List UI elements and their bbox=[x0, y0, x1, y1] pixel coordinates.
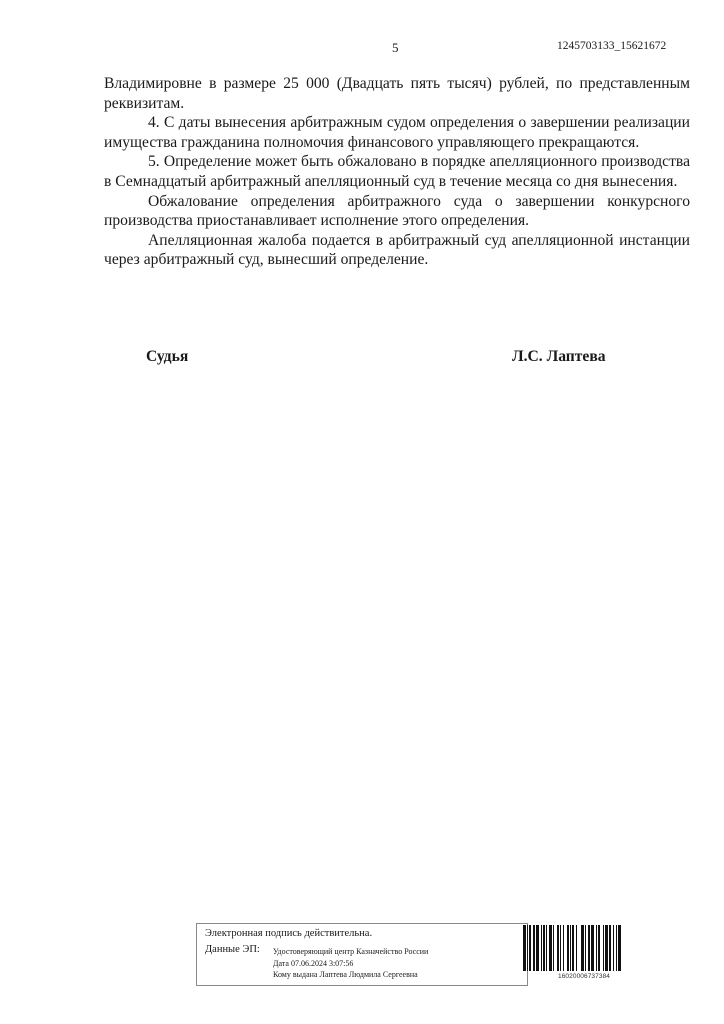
paragraph-item-4: 4. С даты вынесения арбитражным судом оп… bbox=[104, 113, 690, 152]
paragraph-appeal-filing: Апелляционная жалоба подается в арбитраж… bbox=[104, 231, 690, 270]
barcode-number: 16020006737384 bbox=[558, 973, 610, 980]
paragraph-1: Владимировне в размере 25 000 (Двадцать … bbox=[104, 74, 690, 113]
signature-role: Судья bbox=[146, 348, 188, 366]
esign-date: Дата 07.06.2024 3:07:56 bbox=[273, 958, 428, 970]
document-id: 1245703133_15621672 bbox=[557, 40, 666, 52]
document-body: Владимировне в размере 25 000 (Двадцать … bbox=[104, 74, 690, 270]
barcode-icon bbox=[523, 925, 651, 971]
paragraph-item-5: 5. Определение может быть обжаловано в п… bbox=[104, 152, 690, 191]
esign-issued-to: Кому выдана Лаптева Людмила Сергеевна bbox=[273, 969, 428, 981]
signature-name: Л.С. Лаптева bbox=[512, 348, 606, 366]
esign-status: Электронная подпись действительна. bbox=[205, 928, 372, 939]
electronic-signature-stamp: Электронная подпись действительна. Данны… bbox=[196, 923, 528, 986]
esign-issuer: Удостоверяющий центр Казначейство России bbox=[273, 946, 428, 958]
paragraph-appeal-suspension: Обжалование определения арбитражного суд… bbox=[104, 192, 690, 231]
page-number: 5 bbox=[392, 40, 399, 56]
esign-data-label: Данные ЭП: bbox=[205, 944, 260, 955]
esign-details: Удостоверяющий центр Казначейство России… bbox=[273, 946, 428, 981]
